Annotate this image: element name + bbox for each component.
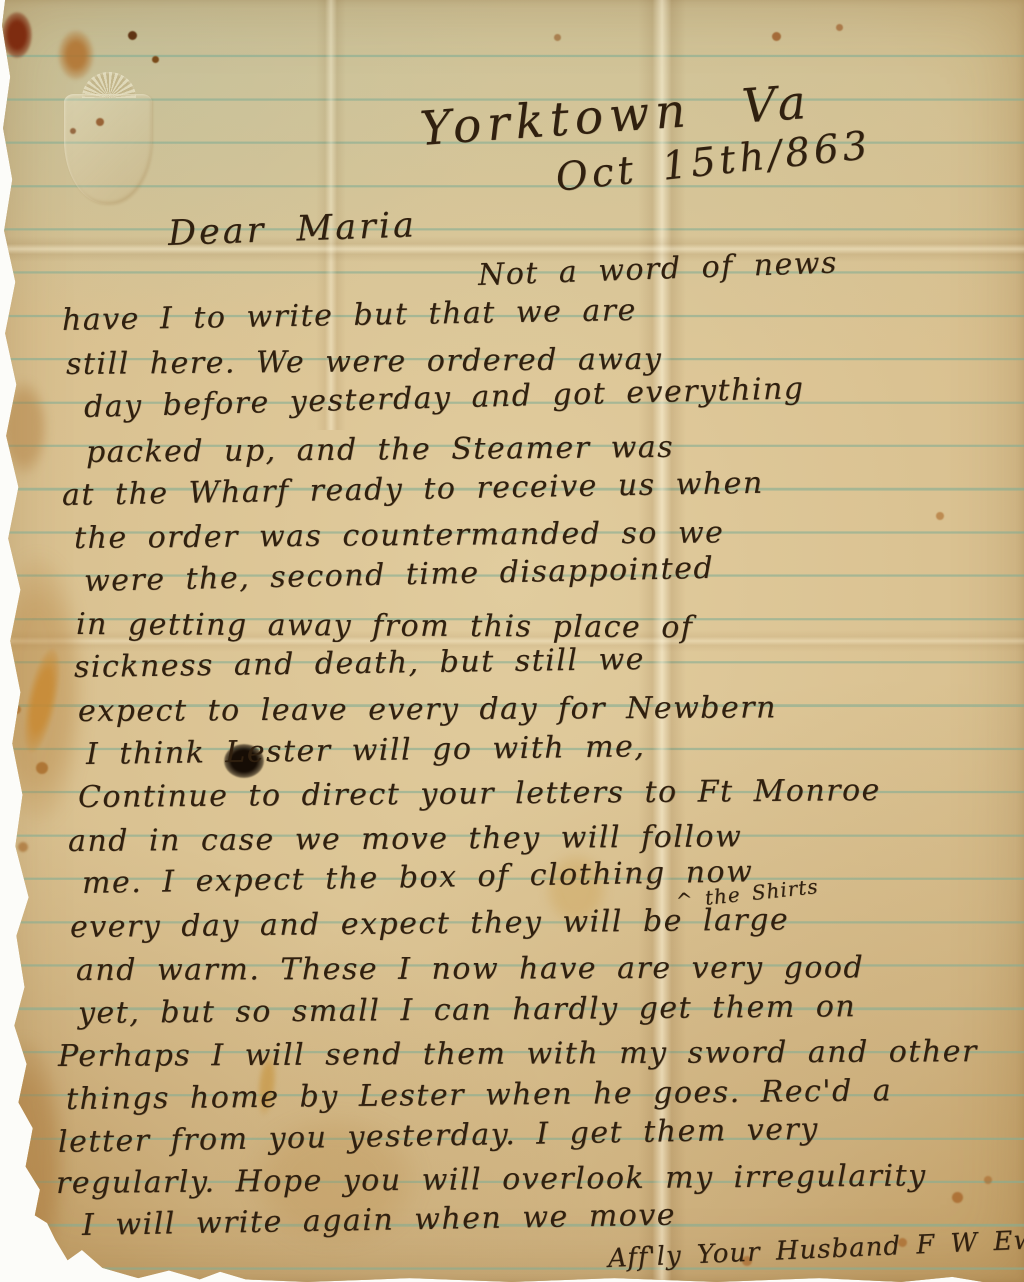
- letter-line: Continue to direct your letters to Ft Mo…: [78, 773, 881, 815]
- letter-line: packed up, and the Steamer was: [86, 430, 674, 470]
- letter-line: and warm. These I now have are very good: [76, 950, 864, 988]
- letter-paper: Yorktown Va Oct 15th/863 Dear Maria Not …: [0, 0, 1024, 1282]
- letter-line: still here. We were ordered away: [66, 342, 663, 382]
- letter-line: yet, but so small I can hardly get them …: [78, 989, 856, 1031]
- seal-shield-icon: [64, 94, 152, 204]
- embossed-seal: [52, 72, 162, 204]
- letter-line: in getting away from this place of: [76, 607, 694, 645]
- letter-line: the order was countermanded so we: [74, 515, 725, 556]
- letter-line: expect to leave every day for Newbern: [78, 690, 777, 729]
- letter-line: and in case we move they will follow: [68, 819, 742, 859]
- caret-mark: ^: [675, 887, 695, 913]
- letter-line: Perhaps I will send them with my sword a…: [58, 1034, 978, 1074]
